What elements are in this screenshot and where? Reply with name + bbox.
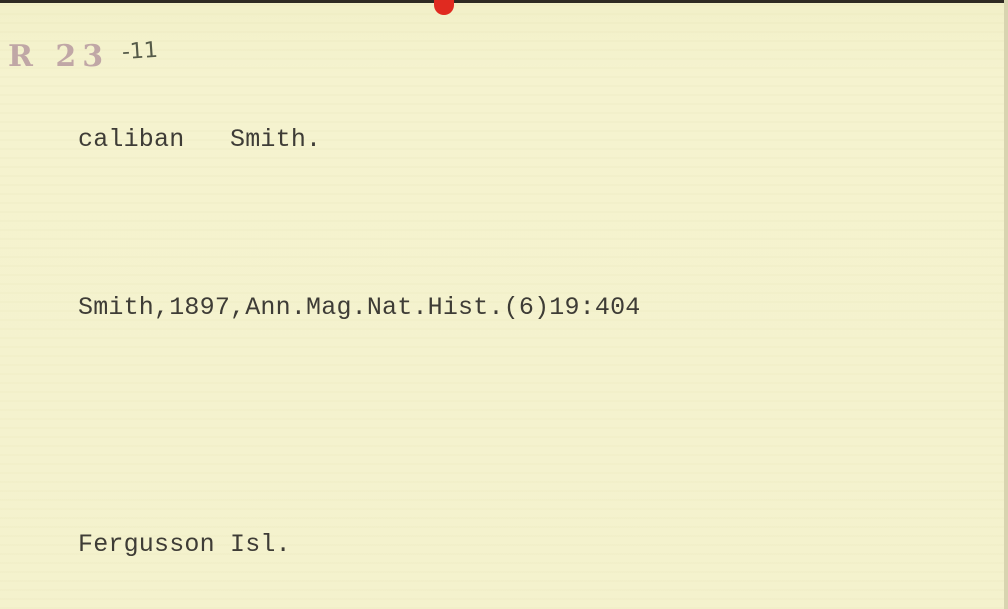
locality-line: Fergusson Isl. — [78, 530, 291, 559]
card-right-edge — [1004, 0, 1008, 609]
handwritten-suffix: -11 — [121, 38, 159, 65]
species-name-line: caliban Smith. — [78, 125, 321, 154]
index-card: R 23 -11 caliban Smith. Smith,1897,Ann.M… — [0, 3, 1004, 609]
catalog-stamp: R 23 — [8, 39, 109, 74]
citation-line: Smith,1897,Ann.Mag.Nat.Hist.(6)19:404 — [78, 293, 641, 322]
